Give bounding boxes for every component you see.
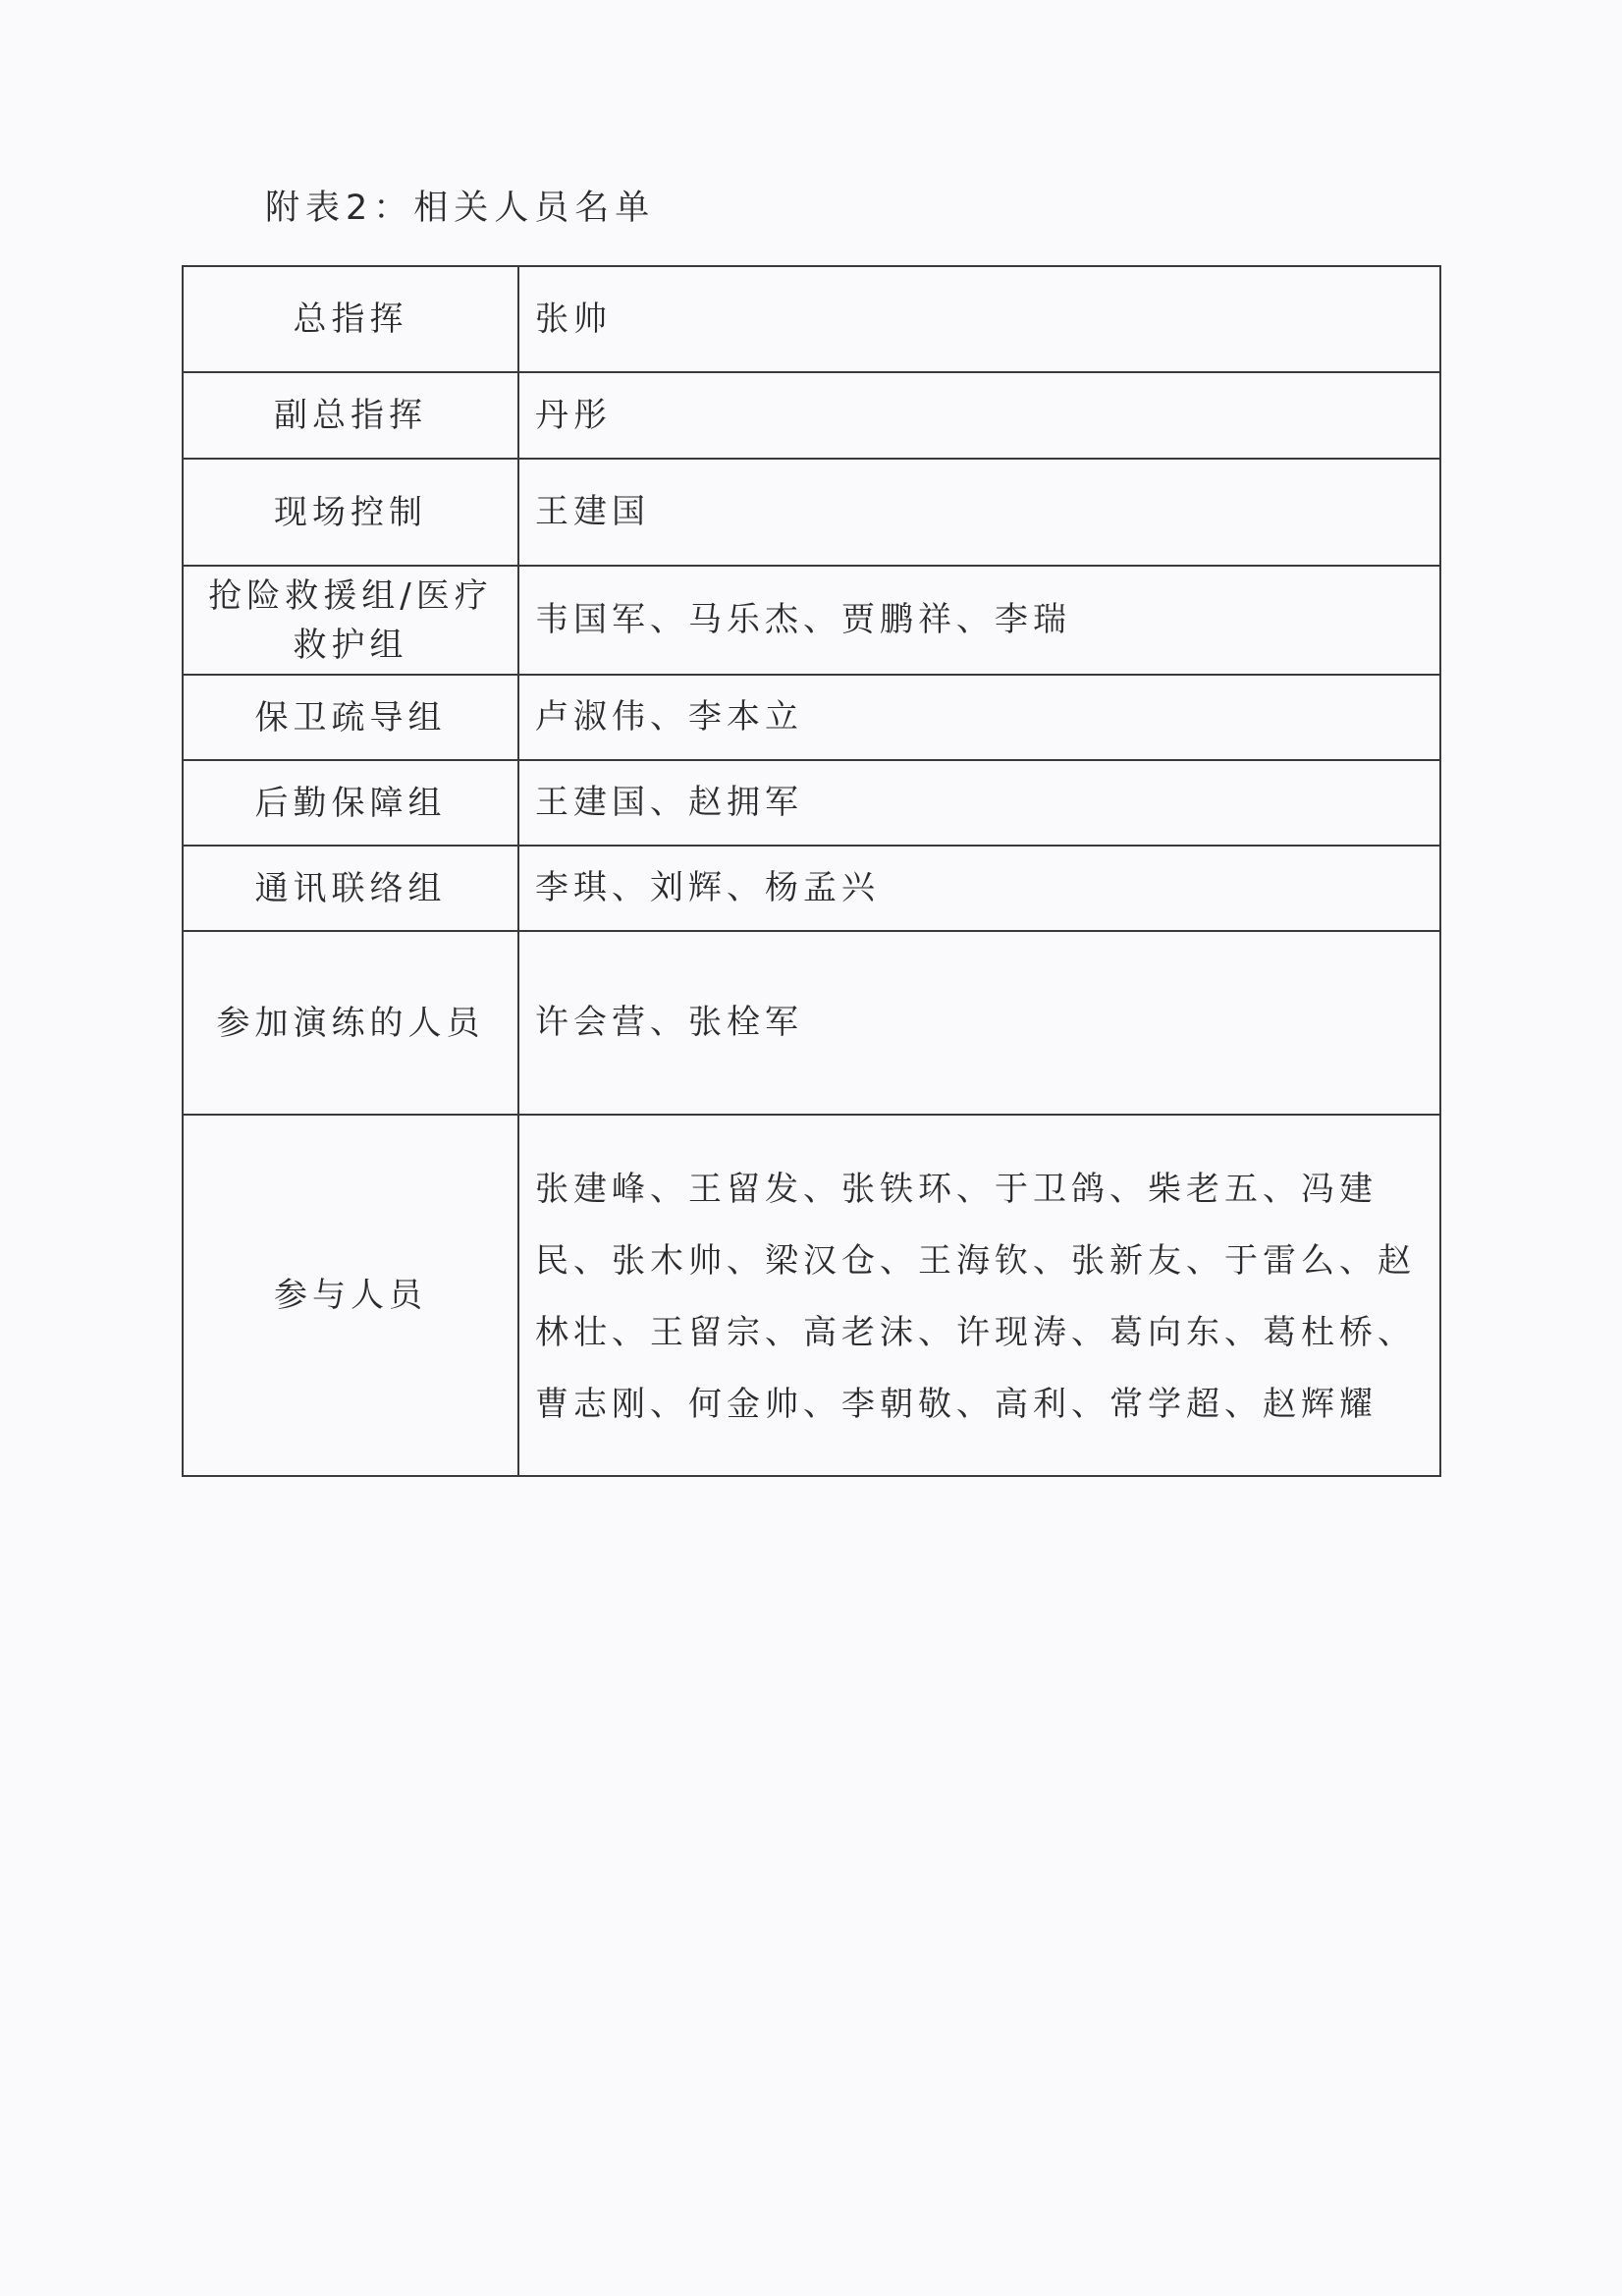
names-cell: 卢淑伟、李本立 <box>518 675 1440 760</box>
table-row-rescue-medical: 抢险救援组/医疗救护组 韦国军、马乐杰、贾鹏祥、李瑞 <box>183 566 1440 675</box>
table-row-commander: 总指挥 张帅 <box>183 266 1440 372</box>
names-cell: 王建国 <box>518 459 1440 566</box>
names-cell: 王建国、赵拥军 <box>518 760 1440 846</box>
names-cell: 韦国军、马乐杰、贾鹏祥、李瑞 <box>518 566 1440 675</box>
names-cell: 张帅 <box>518 266 1440 372</box>
personnel-roster-table: 总指挥 张帅 副总指挥 丹彤 现场控制 王建国 抢险救援组/医疗救护组 韦国军、… <box>182 265 1441 1477</box>
table-row-site-control: 现场控制 王建国 <box>183 459 1440 566</box>
role-cell: 通讯联络组 <box>183 846 518 931</box>
table-row-logistics: 后勤保障组 王建国、赵拥军 <box>183 760 1440 846</box>
role-cell: 后勤保障组 <box>183 760 518 846</box>
role-cell: 抢险救援组/医疗救护组 <box>183 566 518 675</box>
table-row-participants: 参与人员 张建峰、王留发、张铁环、于卫鸽、柴老五、冯建民、张木帅、梁汉仓、王海钦… <box>183 1115 1440 1476</box>
table-row-security-guidance: 保卫疏导组 卢淑伟、李本立 <box>183 675 1440 760</box>
page-title: 附表2：相关人员名单 <box>265 187 655 230</box>
names-cell: 张建峰、王留发、张铁环、于卫鸽、柴老五、冯建民、张木帅、梁汉仓、王海钦、张新友、… <box>518 1115 1440 1476</box>
names-cell: 丹彤 <box>518 372 1440 459</box>
role-cell: 总指挥 <box>183 266 518 372</box>
role-cell: 副总指挥 <box>183 372 518 459</box>
table-row-communications: 通讯联络组 李琪、刘辉、杨孟兴 <box>183 846 1440 931</box>
names-cell: 李琪、刘辉、杨孟兴 <box>518 846 1440 931</box>
table-row-deputy-commander: 副总指挥 丹彤 <box>183 372 1440 459</box>
role-cell: 参与人员 <box>183 1115 518 1476</box>
role-cell: 保卫疏导组 <box>183 675 518 760</box>
names-cell: 许会营、张栓军 <box>518 931 1440 1115</box>
table-row-drill-participants: 参加演练的人员 许会营、张栓军 <box>183 931 1440 1115</box>
role-cell: 参加演练的人员 <box>183 931 518 1115</box>
role-cell: 现场控制 <box>183 459 518 566</box>
